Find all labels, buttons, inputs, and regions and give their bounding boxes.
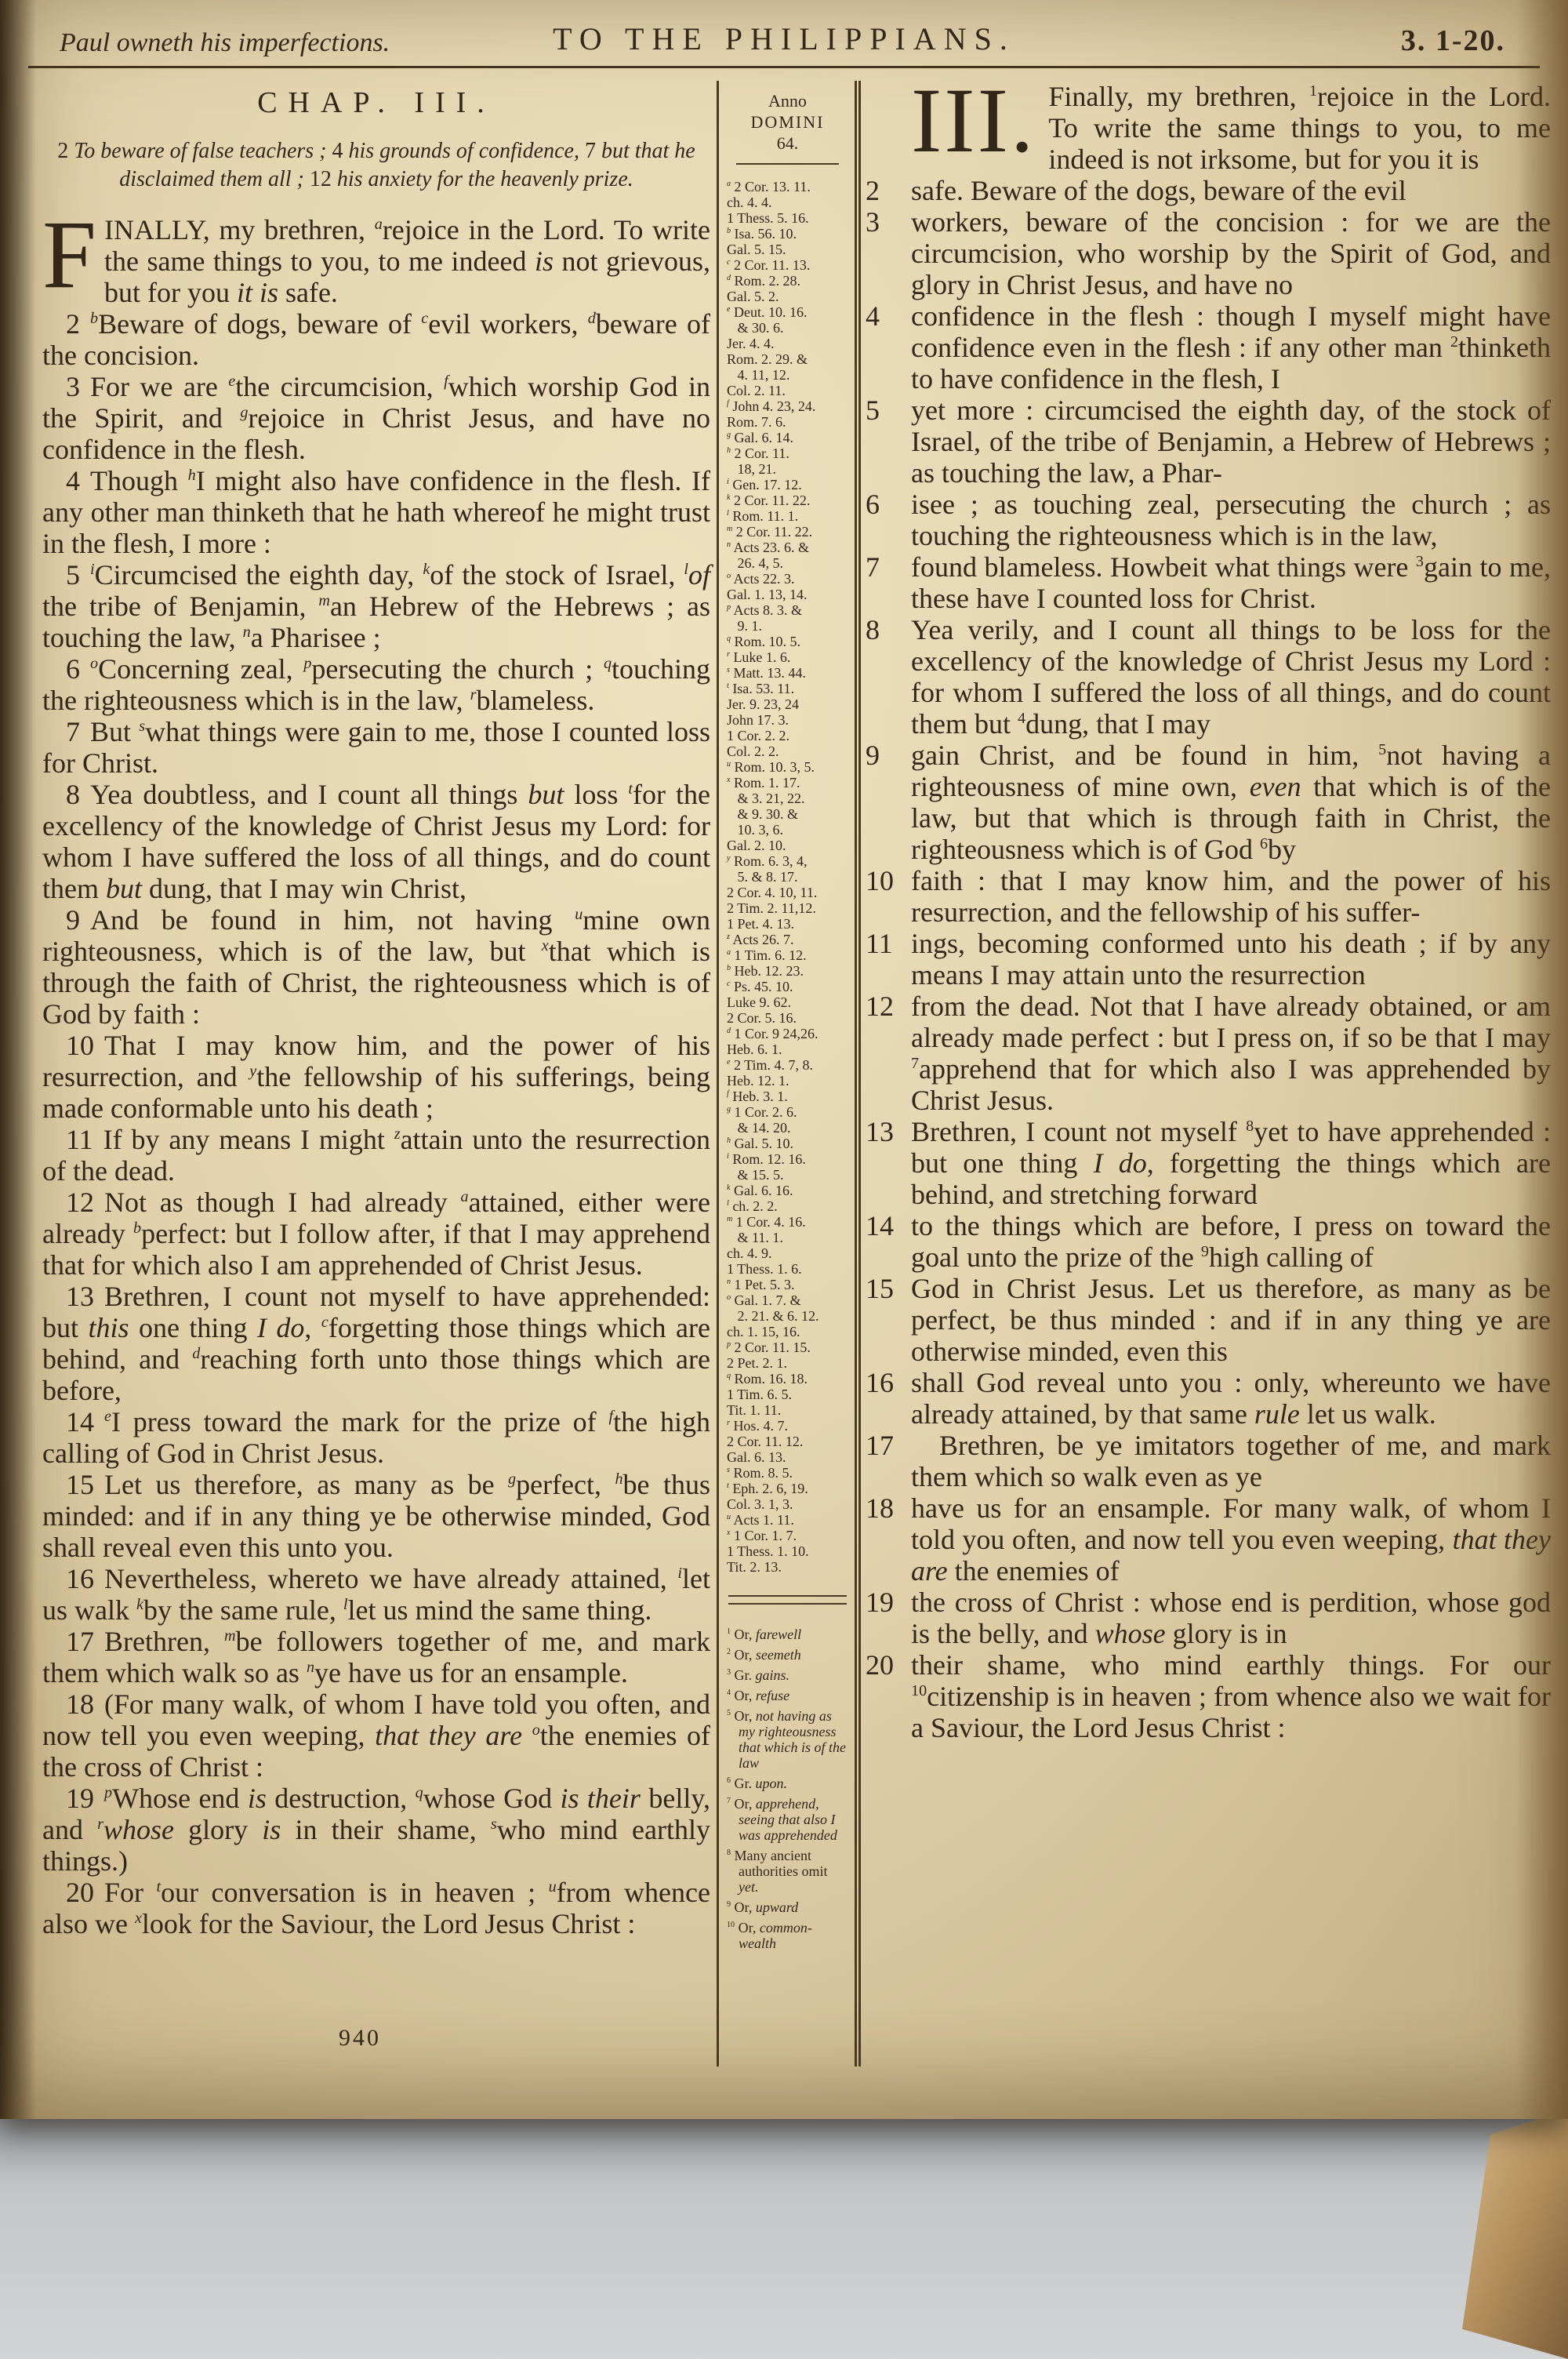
rv-verse: 4confidence in the flesh : though I myse… xyxy=(911,300,1551,394)
cross-reference: o Gal. 1. 7. & xyxy=(727,1292,848,1308)
rv-verse-text: faith : that I may know him, and the pow… xyxy=(911,865,1551,928)
kjv-verse-text: And be found in him, not having umine ow… xyxy=(42,904,710,1030)
cross-reference: 2 Cor. 5. 16. xyxy=(727,1010,848,1026)
verse-number: 3 xyxy=(866,206,880,238)
verse-number: 15 xyxy=(66,1469,94,1500)
rv-verse: 9gain Christ, and be found in him, 5not … xyxy=(911,740,1551,865)
cross-reference: 1 Cor. 2. 2. xyxy=(727,728,848,743)
cross-reference: & 3. 21, 22. xyxy=(727,791,848,806)
page-columns: CHAP. III. 2 To beware of false teachers… xyxy=(0,68,1568,2066)
kjv-verse: 9And be found in him, not having umine o… xyxy=(42,904,710,1030)
gutter-shadow xyxy=(0,0,36,2119)
cross-reference: b Isa. 56. 10. xyxy=(727,226,848,242)
kjv-verse: 19pWhose end is destruction, qwhose God … xyxy=(42,1783,710,1877)
cross-reference: 4. 11, 12. xyxy=(727,367,848,383)
cross-reference: n Acts 23. 6. & xyxy=(727,540,848,555)
kjv-verse: 17Brethren, mbe followers together of me… xyxy=(42,1626,710,1688)
kjv-verse-text: Yea doubtless, and I count all things bu… xyxy=(42,779,710,904)
kjv-verse-text: But swhat things were gain to me, those … xyxy=(42,716,710,779)
verse-number: 2 xyxy=(866,175,880,206)
kjv-verse: 10That I may know him, and the power of … xyxy=(42,1030,710,1124)
verse-number: 12 xyxy=(866,990,894,1022)
verse-number: 17 xyxy=(66,1626,94,1657)
kjv-verse: 12Not as though I had already aattained,… xyxy=(42,1187,710,1281)
rv-verse: 7found blameless. Howbeit what things we… xyxy=(911,551,1551,614)
rv-verse-text: Brethren, I count not myself 8yet to hav… xyxy=(911,1116,1551,1210)
verse-number: 6 xyxy=(66,653,80,685)
chapter-heading: CHAP. III. xyxy=(42,87,710,118)
rv-verse: 8Yea verily, and I count all things to b… xyxy=(911,614,1551,740)
cross-reference: e 2 Tim. 4. 7, 8. xyxy=(727,1057,848,1073)
verse-number: 6 xyxy=(866,489,880,520)
cross-reference-list: a 2 Cor. 13. 11. ch. 4. 4. 1 Thess. 5. 1… xyxy=(727,179,848,1575)
margin-note: 4 Or, refuse xyxy=(727,1688,848,1703)
cross-reference: John 17. 3. xyxy=(727,712,848,728)
scan-surface-background xyxy=(0,2119,1568,2359)
cross-reference: z Acts 26. 7. xyxy=(727,932,848,947)
kjv-verse-text: Nevertheless, whereto we have already at… xyxy=(42,1563,710,1626)
rv-verse: 18have us for an ensample. For many walk… xyxy=(911,1492,1551,1587)
cross-reference: k Gal. 6. 16. xyxy=(727,1183,848,1198)
cross-reference: 2 Tim. 2. 11,12. xyxy=(727,900,848,916)
cross-reference: Heb. 6. 1. xyxy=(727,1041,848,1057)
verse-number: 16 xyxy=(66,1563,94,1594)
cross-reference: 2 Pet. 2. 1. xyxy=(727,1355,848,1371)
verse-number: 10 xyxy=(66,1030,94,1061)
kjv-verse-text: Let us therefore, as many as be gperfect… xyxy=(42,1469,710,1563)
verse-number: 14 xyxy=(66,1406,94,1438)
cross-reference: Col. 2. 2. xyxy=(727,743,848,759)
running-head-title: TO THE PHILIPPIANS. xyxy=(553,20,1015,57)
cross-reference: m 2 Cor. 11. 22. xyxy=(727,524,848,540)
cross-reference: a 2 Cor. 13. 11. xyxy=(727,179,848,194)
cross-reference: Jer. 9. 23, 24 xyxy=(727,696,848,712)
rv-verse-text: shall God reveal unto you : only, whereu… xyxy=(911,1367,1551,1430)
cross-reference: k 2 Cor. 11. 22. xyxy=(727,493,848,508)
book-page: Paul owneth his imperfections. TO THE PH… xyxy=(0,0,1568,2119)
verse-number: 20 xyxy=(66,1877,94,1908)
margin-note: 6 Gr. upon. xyxy=(727,1776,848,1791)
double-rule-divider xyxy=(728,1595,847,1605)
cross-reference: 2 Cor. 4. 10, 11. xyxy=(727,885,848,900)
verse-number: 8 xyxy=(866,614,880,645)
cross-reference: g 1 Cor. 2. 6. xyxy=(727,1104,848,1120)
rv-verse: 2safe. Beware of the dogs, beware of the… xyxy=(911,175,1551,206)
verse-number: 8 xyxy=(66,779,80,810)
margin-note: 1 Or, farewell xyxy=(727,1627,848,1642)
cross-reference: l Rom. 11. 1. xyxy=(727,508,848,524)
margin-note: 5 Or, not having as my righteousness tha… xyxy=(727,1708,848,1771)
verse-number: 5 xyxy=(866,394,880,426)
cross-reference: Tit. 1. 11. xyxy=(727,1402,848,1418)
cross-reference: u Acts 1. 11. xyxy=(727,1512,848,1528)
cross-reference: p Acts 8. 3. & xyxy=(727,602,848,618)
rv-verse: 16shall God reveal unto you : only, wher… xyxy=(911,1367,1551,1430)
cross-reference: r Hos. 4. 7. xyxy=(727,1418,848,1434)
rv-verse-text: their shame, who mind earthly things. Fo… xyxy=(911,1649,1551,1743)
rv-verse-text: God in Christ Jesus. Let us therefore, a… xyxy=(911,1273,1551,1367)
rv-verse-text: yet more : circumcised the eighth day, o… xyxy=(911,394,1551,489)
page-number: 940 xyxy=(339,2025,381,2052)
verse-number: 20 xyxy=(866,1649,894,1681)
cross-reference: i Gen. 17. 12. xyxy=(727,477,848,493)
cross-reference: x Rom. 1. 17. xyxy=(727,775,848,791)
kjv-verse: 15Let us therefore, as many as be gperfe… xyxy=(42,1469,710,1563)
rv-verse-1: III.Finally, my brethren, 1rejoice in th… xyxy=(911,81,1551,175)
chapter-numeral: III. xyxy=(911,81,1048,154)
rv-verse-text: ings, becoming conformed unto his death … xyxy=(911,928,1551,990)
cross-reference: s Matt. 13. 44. xyxy=(727,665,848,681)
cross-reference: & 14. 20. xyxy=(727,1120,848,1136)
verse-number: 10 xyxy=(866,865,894,896)
kjv-verse-text: pWhose end is destruction, qwhose God is… xyxy=(42,1783,710,1877)
cross-reference: ch. 4. 4. xyxy=(727,194,848,210)
verse-number: 9 xyxy=(66,904,80,936)
verse-number: 11 xyxy=(866,928,893,959)
verse-number: 19 xyxy=(66,1783,94,1814)
kjv-verse: 20For tour conversation is in heaven ; u… xyxy=(42,1877,710,1939)
kjv-verse-text: eI press toward the mark for the prize o… xyxy=(42,1406,710,1469)
verse-number: 5 xyxy=(66,559,80,591)
cross-reference: 1 Thess. 5. 16. xyxy=(727,210,848,226)
kjv-verse: 2bBeware of dogs, beware of cevil worker… xyxy=(42,308,710,371)
cross-reference: Gal. 6. 13. xyxy=(727,1449,848,1465)
cross-reference: d 1 Cor. 9 24,26. xyxy=(727,1026,848,1041)
cross-reference: 2. 21. & 6. 12. xyxy=(727,1308,848,1324)
cross-reference: y Rom. 6. 3, 4, xyxy=(727,853,848,869)
cross-reference: f Heb. 3. 1. xyxy=(727,1089,848,1104)
cross-reference: h Gal. 5. 10. xyxy=(727,1136,848,1151)
rv-verse: 13Brethren, I count not myself 8yet to h… xyxy=(911,1116,1551,1210)
kjv-verse-text: Brethren, mbe followers together of me, … xyxy=(42,1626,710,1688)
rv-verse: 6isee ; as touching zeal, persecuting th… xyxy=(911,489,1551,551)
kjv-verse-text: Brethren, I count not myself to have app… xyxy=(42,1281,710,1406)
anno-domini: Anno DOMINI 64. xyxy=(727,90,848,154)
cross-reference: e Deut. 10. 16. xyxy=(727,304,848,320)
kjv-verse-text: (For many walk, of whom I have told you … xyxy=(42,1688,710,1783)
kjv-verse-text: That I may know him, and the power of hi… xyxy=(42,1030,710,1124)
verse-number: 15 xyxy=(866,1273,894,1304)
kjv-verse-text: For tour conversation is in heaven ; ufr… xyxy=(42,1877,710,1939)
rv-verse: 5yet more : circumcised the eighth day, … xyxy=(911,394,1551,489)
anno-line-2: DOMINI xyxy=(727,111,848,133)
verse-number: 14 xyxy=(866,1210,894,1241)
kjv-verse: 16Nevertheless, whereto we have already … xyxy=(42,1563,710,1626)
cross-reference: 10. 3, 6. xyxy=(727,822,848,838)
cross-reference: Gal. 5. 2. xyxy=(727,289,848,304)
cross-reference: b Heb. 12. 23. xyxy=(727,963,848,979)
rv-verse-text: Finally, my brethren, 1rejoice in the Lo… xyxy=(1048,81,1551,175)
cross-reference: ch. 4. 9. xyxy=(727,1245,848,1261)
verse-number: 7 xyxy=(866,551,880,583)
kjv-verse: 13Brethren, I count not myself to have a… xyxy=(42,1281,710,1406)
running-head-verse-range: 3. 1-20. xyxy=(1401,24,1505,58)
cross-reference: l ch. 2. 2. xyxy=(727,1198,848,1214)
kjv-verse: 14eI press toward the mark for the prize… xyxy=(42,1406,710,1469)
kjv-verse-text: oConcerning zeal, ppersecuting the churc… xyxy=(42,653,710,716)
cross-reference: 26. 4, 5. xyxy=(727,555,848,571)
cross-reference: Gal. 2. 10. xyxy=(727,838,848,853)
kjv-verse: 7But swhat things were gain to me, those… xyxy=(42,716,710,779)
cross-reference: q Rom. 16. 18. xyxy=(727,1371,848,1387)
running-head: Paul owneth his imperfections. TO THE PH… xyxy=(0,0,1568,66)
kjv-verse-text: Not as though I had already aattained, e… xyxy=(42,1187,710,1281)
kjv-verse-list: 2bBeware of dogs, beware of cevil worker… xyxy=(42,308,710,1939)
cross-reference: Tit. 2. 13. xyxy=(727,1559,848,1575)
rv-verse-text: the cross of Christ : whose end is perdi… xyxy=(911,1587,1551,1649)
rv-verse: 15God in Christ Jesus. Let us therefore,… xyxy=(911,1273,1551,1367)
rv-verse-text: Brethren, be ye imitators together of me… xyxy=(911,1430,1551,1492)
cross-reference: t Isa. 53. 11. xyxy=(727,681,848,696)
margin-note: 7 Or, apprehend, seeing that also I was … xyxy=(727,1796,848,1843)
verse-number: 2 xyxy=(66,308,80,340)
margin-note: 9 Or, upward xyxy=(727,1899,848,1915)
margin-note: 8 Many ancient authorities omit yet. xyxy=(727,1848,848,1895)
cross-reference: Luke 9. 62. xyxy=(727,994,848,1010)
kjv-column: CHAP. III. 2 To beware of false teachers… xyxy=(42,81,710,2066)
cross-reference: 1 Pet. 4. 13. xyxy=(727,916,848,932)
cross-reference: h 2 Cor. 11. xyxy=(727,445,848,461)
rv-verse-text: isee ; as touching zeal, persecuting the… xyxy=(911,489,1551,551)
cross-reference: c 2 Cor. 11. 13. xyxy=(727,257,848,273)
rv-verse: 3workers, beware of the concision : for … xyxy=(911,206,1551,300)
cross-reference: i Rom. 12. 16. xyxy=(727,1151,848,1167)
kjv-verse-text: For we are ethe circumcision, fwhich wor… xyxy=(42,371,710,465)
cross-reference: d Rom. 2. 28. xyxy=(727,273,848,289)
kjv-verse: 3For we are ethe circumcision, fwhich wo… xyxy=(42,371,710,465)
verse-number: 13 xyxy=(866,1116,894,1147)
center-reference-column: Anno DOMINI 64. a 2 Cor. 13. 11. ch. 4. … xyxy=(717,81,861,2066)
cross-reference: 18, 21. xyxy=(727,461,848,477)
drop-cap-letter: F xyxy=(42,214,104,291)
anno-line-3: 64. xyxy=(727,133,848,154)
verse-number: 12 xyxy=(66,1187,94,1218)
cross-reference: a 1 Tim. 6. 12. xyxy=(727,947,848,963)
rv-verse-text: confidence in the flesh : though I mysel… xyxy=(911,300,1551,394)
cross-reference: & 11. 1. xyxy=(727,1230,848,1245)
margin-note: 2 Or, seemeth xyxy=(727,1647,848,1663)
kjv-verse-text: bBeware of dogs, beware of cevil workers… xyxy=(42,308,710,371)
cross-reference: Jer. 4. 4. xyxy=(727,336,848,351)
verse-number: 13 xyxy=(66,1281,94,1312)
kjv-verse: 4Though hI might also have confidence in… xyxy=(42,465,710,559)
cross-reference: 1 Tim. 6. 5. xyxy=(727,1387,848,1402)
cross-reference: m 1 Cor. 4. 16. xyxy=(727,1214,848,1230)
kjv-verse: 8Yea doubtless, and I count all things b… xyxy=(42,779,710,904)
cross-reference: p 2 Cor. 11. 15. xyxy=(727,1339,848,1355)
cross-reference: 1 Thess. 1. 10. xyxy=(727,1543,848,1559)
kjv-verse-text: Though hI might also have confidence in … xyxy=(42,465,710,559)
verse-number: 18 xyxy=(66,1688,94,1720)
verse-number: 19 xyxy=(866,1587,894,1618)
cross-reference: 9. 1. xyxy=(727,618,848,634)
cross-reference: Col. 2. 11. xyxy=(727,383,848,398)
verse-number: 7 xyxy=(66,716,80,747)
scanned-book-photo: Paul owneth his imperfections. TO THE PH… xyxy=(0,0,1568,2359)
anno-rule xyxy=(736,163,839,165)
chapter-summary: 2 To beware of false teachers ; 4 his gr… xyxy=(53,137,699,194)
cross-reference: g Gal. 6. 14. xyxy=(727,430,848,445)
cross-reference: f John 4. 23, 24. xyxy=(727,398,848,414)
rv-verse-text: workers, beware of the concision : for w… xyxy=(911,206,1551,300)
rv-verse-text: gain Christ, and be found in him, 5not h… xyxy=(911,740,1551,865)
anno-line-1: Anno xyxy=(727,90,848,111)
cross-reference: u Rom. 10. 3, 5. xyxy=(727,759,848,775)
kjv-verse-text: iCircumcised the eighth day, kof the sto… xyxy=(42,559,710,653)
kjv-verse-text: INALLY, my brethren, arejoice in the Lor… xyxy=(104,214,710,308)
verse-number: 17 xyxy=(866,1430,894,1461)
kjv-verse-text: If by any means I might zattain unto the… xyxy=(42,1124,710,1187)
cross-reference: Rom. 7. 6. xyxy=(727,414,848,430)
kjv-verse: 18(For many walk, of whom I have told yo… xyxy=(42,1688,710,1783)
margin-note: 3 Gr. gains. xyxy=(727,1667,848,1683)
cross-reference: & 30. 6. xyxy=(727,320,848,336)
cross-reference: q Rom. 10. 5. xyxy=(727,634,848,649)
kjv-verse: 6oConcerning zeal, ppersecuting the chur… xyxy=(42,653,710,716)
rv-verse: 19the cross of Christ : whose end is per… xyxy=(911,1587,1551,1649)
rv-verse: 10faith : that I may know him, and the p… xyxy=(911,865,1551,928)
rv-verse-list: 2safe. Beware of the dogs, beware of the… xyxy=(911,175,1551,1743)
rv-verse-text: to the things which are before, I press … xyxy=(911,1210,1551,1273)
cross-reference: 2 Cor. 11. 12. xyxy=(727,1434,848,1449)
cross-reference: o Acts 22. 3. xyxy=(727,571,848,587)
cross-reference: s Rom. 8. 5. xyxy=(727,1465,848,1481)
verse-number: 3 xyxy=(66,371,80,402)
cross-reference: r Luke 1. 6. xyxy=(727,649,848,665)
cross-reference: Gal. 1. 13, 14. xyxy=(727,587,848,602)
cross-reference: Rom. 2. 29. & xyxy=(727,351,848,367)
cross-reference: & 9. 30. & xyxy=(727,806,848,822)
rv-verse-text: from the dead. Not that I have already o… xyxy=(911,990,1551,1116)
rv-verse-text: safe. Beware of the dogs, beware of the … xyxy=(911,175,1406,206)
cross-reference: Col. 3. 1, 3. xyxy=(727,1496,848,1512)
verse-number: 9 xyxy=(866,740,880,771)
rv-verse: 20their shame, who mind earthly things. … xyxy=(911,1649,1551,1743)
rv-verse-text: Yea verily, and I count all things to be… xyxy=(911,614,1551,740)
margin-note-list: 1 Or, farewell 2 Or, seemeth 3 Gr. gains… xyxy=(727,1627,848,1951)
rv-verse: 11ings, becoming conformed unto his deat… xyxy=(911,928,1551,990)
rv-verse: 12from the dead. Not that I have already… xyxy=(911,990,1551,1116)
cross-reference: & 15. 5. xyxy=(727,1167,848,1183)
rv-column: III.Finally, my brethren, 1rejoice in th… xyxy=(861,81,1557,2066)
cross-reference: Gal. 5. 15. xyxy=(727,242,848,257)
verse-number: 4 xyxy=(66,465,80,496)
rv-verse: 14to the things which are before, I pres… xyxy=(911,1210,1551,1273)
cross-reference: ch. 1. 15, 16. xyxy=(727,1324,848,1339)
kjv-verse: 5iCircumcised the eighth day, kof the st… xyxy=(42,559,710,653)
verse-number: 16 xyxy=(866,1367,894,1398)
running-head-left: Paul owneth his imperfections. xyxy=(60,28,390,58)
cross-reference: n 1 Pet. 5. 3. xyxy=(727,1277,848,1292)
cross-reference: c Ps. 45. 10. xyxy=(727,979,848,994)
cross-reference: 1 Thess. 1. 6. xyxy=(727,1261,848,1277)
page-edge-shading xyxy=(1516,0,1568,2119)
kjv-verse-1: FINALLY, my brethren, arejoice in the Lo… xyxy=(42,214,710,308)
cross-reference: Heb. 12. 1. xyxy=(727,1073,848,1089)
cross-reference: t Eph. 2. 6, 19. xyxy=(727,1481,848,1496)
rv-verse: 17 Brethren, be ye imitators together of… xyxy=(911,1430,1551,1492)
cross-reference: 5. & 8. 17. xyxy=(727,869,848,885)
kjv-verse: 11If by any means I might zattain unto t… xyxy=(42,1124,710,1187)
margin-note: 10 Or, common-wealth xyxy=(727,1920,848,1951)
rv-verse-text: have us for an ensample. For many walk, … xyxy=(911,1492,1551,1587)
verse-number: 11 xyxy=(66,1124,93,1155)
verse-number: 4 xyxy=(866,300,880,332)
cross-reference: x 1 Cor. 1. 7. xyxy=(727,1528,848,1543)
verse-number: 18 xyxy=(866,1492,894,1524)
rv-verse-text: found blameless. Howbeit what things wer… xyxy=(911,551,1551,614)
